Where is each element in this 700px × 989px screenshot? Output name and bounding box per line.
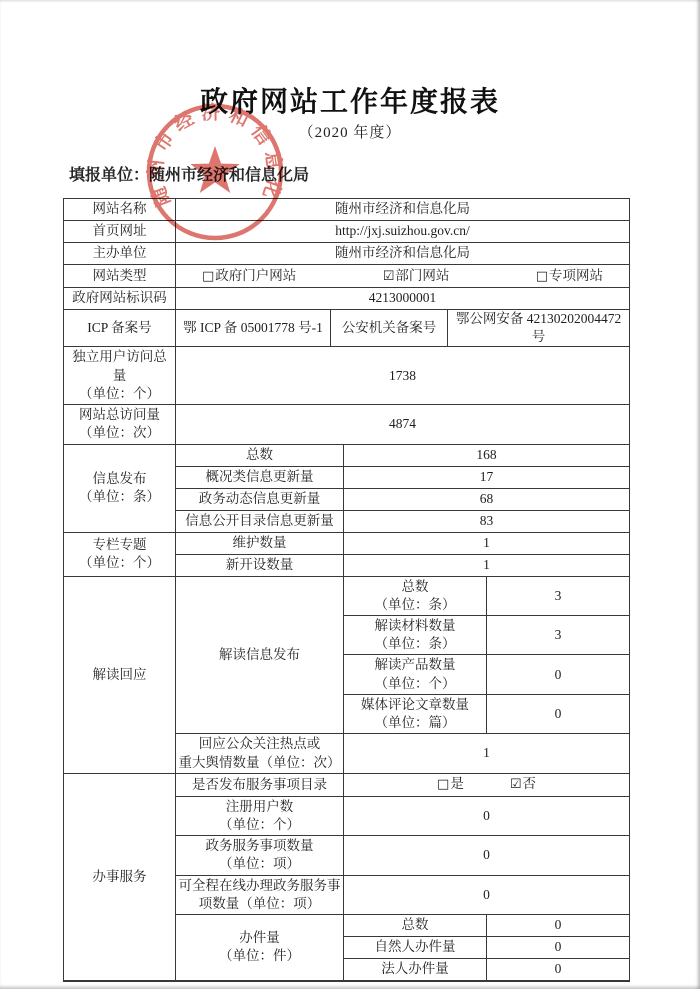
cases-item-value: 0 — [487, 959, 630, 981]
report-unit-line: 填报单位：随州市经济和信息化局 — [69, 162, 309, 185]
columns-item-label: 新开设数量 — [176, 554, 344, 576]
page-subtitle: （2020 年度） — [0, 121, 700, 142]
site-type-label: 网站类型 — [64, 265, 176, 288]
info-pub-item-label: 总数 — [176, 444, 344, 466]
option-label: 政府门户网站 — [215, 268, 296, 283]
option-label: 否 — [522, 776, 536, 791]
service-item-label: 注册用户数 （单位：个） — [176, 796, 344, 835]
service-catalog-options: □是 ☑否 — [344, 773, 630, 796]
report-unit-value: 随州市经济和信息化局 — [149, 167, 309, 184]
info-pub-item-label: 信息公开目录信息更新量 — [176, 510, 344, 532]
response-value: 1 — [344, 734, 630, 773]
service-item-value: 0 — [344, 836, 630, 875]
site-type-option-special: □专项网站 — [536, 267, 603, 286]
site-type-option-portal: □政府门户网站 — [202, 267, 296, 286]
columns-special-header: 专栏专题 （单位：个） — [64, 532, 176, 576]
interpret-item-label: 解读产品数量 （单位：个） — [344, 655, 487, 694]
police-record-label: 公安机关备案号 — [331, 310, 448, 346]
table-row: ICP 备案号 鄂 ICP 备 05001778 号-1 公安机关备案号 鄂公网… — [64, 310, 630, 347]
option-label: 是 — [450, 776, 464, 791]
checkbox-icon: □ — [536, 269, 548, 284]
checkbox-checked-icon: ☑ — [510, 777, 522, 792]
service-item-label: 可全程在线办理政务服务事 项数量（单位：项） — [176, 875, 344, 914]
table-row: 网站总访问量 （单位：次） 4874 — [64, 405, 630, 444]
interpret-item-value: 3 — [487, 576, 630, 615]
interpret-item-value: 3 — [487, 615, 630, 654]
interpret-item-label: 总数 （单位：条） — [344, 576, 487, 615]
unique-visits-value: 1738 — [176, 347, 630, 405]
icp-cells: 鄂 ICP 备 05001778 号-1 公安机关备案号 鄂公网安备 42130… — [176, 310, 630, 347]
report-unit-label: 填报单位： — [69, 167, 149, 184]
sponsor-label: 主办单位 — [64, 243, 176, 265]
info-pub-header: 信息发布 （单位：条） — [64, 444, 176, 532]
cases-item-label: 总数 — [344, 915, 487, 937]
table-row: 网站名称 随州市经济和信息化局 — [64, 199, 630, 221]
catalog-option-no: ☑否 — [510, 775, 536, 794]
table-row: 独立用户访问总量 （单位：个） 1738 — [64, 347, 630, 405]
cases-header: 办件量 （单位：件） — [176, 915, 344, 981]
columns-item-value: 1 — [344, 554, 630, 576]
info-pub-item-value: 68 — [344, 488, 630, 510]
icp-value: 鄂 ICP 备 05001778 号-1 — [176, 310, 331, 346]
info-pub-item-value: 168 — [344, 444, 630, 466]
option-label: 专项网站 — [549, 268, 603, 283]
option-label: 部门网站 — [395, 268, 449, 283]
checkbox-icon: □ — [437, 777, 449, 792]
info-pub-item-label: 概况类信息更新量 — [176, 466, 344, 488]
total-visits-label: 网站总访问量 （单位：次） — [64, 405, 176, 444]
home-url-value: http://jxj.suizhou.gov.cn/ — [176, 221, 630, 243]
scanned-page: 随州市经济和信息化局 政府网站工作年度报表 （2020 年度） 填报单位：随州市… — [0, 0, 700, 989]
service-header: 办事服务 — [64, 773, 176, 980]
page-title: 政府网站工作年度报表 — [0, 80, 700, 120]
service-item-value: 0 — [344, 875, 630, 914]
table-row: 专栏专题 （单位：个） 维护数量 1 — [64, 532, 630, 554]
icp-label: ICP 备案号 — [64, 310, 176, 347]
site-type-options: □政府门户网站 ☑部门网站 □专项网站 — [176, 265, 630, 288]
table-row: 政府网站标识码 4213000001 — [64, 288, 630, 310]
interpret-item-label: 解读材料数量 （单位：条） — [344, 615, 487, 654]
checkbox-icon: □ — [202, 269, 214, 284]
sponsor-value: 随州市经济和信息化局 — [176, 243, 630, 265]
service-catalog-label: 是否发布服务事项目录 — [176, 773, 344, 796]
interpret-item-value: 0 — [487, 655, 630, 694]
cases-item-value: 0 — [487, 937, 630, 959]
columns-item-label: 维护数量 — [176, 532, 344, 554]
table-row: 网站类型 □政府门户网站 ☑部门网站 □专项网站 — [64, 265, 630, 288]
cases-item-value: 0 — [487, 915, 630, 937]
home-url-label: 首页网址 — [64, 221, 176, 243]
police-record-value: 鄂公网安备 42130202004472 号 — [448, 310, 629, 346]
interpret-item-value: 0 — [487, 694, 630, 733]
table-row: 主办单位 随州市经济和信息化局 — [64, 243, 630, 265]
report-table: 网站名称 随州市经济和信息化局 首页网址 http://jxj.suizhou.… — [63, 198, 630, 982]
cases-item-label: 自然人办件量 — [344, 937, 487, 959]
site-name-value: 随州市经济和信息化局 — [176, 199, 630, 221]
columns-item-value: 1 — [344, 532, 630, 554]
checkbox-checked-icon: ☑ — [383, 269, 395, 284]
service-item-label: 政务服务事项数量 （单位：项） — [176, 836, 344, 875]
table-row: 解读回应 解读信息发布 总数 （单位：条） 3 — [64, 576, 630, 615]
unique-visits-label: 独立用户访问总量 （单位：个） — [64, 347, 176, 405]
cases-item-label: 法人办件量 — [344, 959, 487, 981]
table-row: 首页网址 http://jxj.suizhou.gov.cn/ — [64, 221, 630, 243]
table-row: 信息发布 （单位：条） 总数 168 — [64, 444, 630, 466]
interpret-item-label: 媒体评论文章数量 （单位：篇） — [344, 694, 487, 733]
site-code-label: 政府网站标识码 — [64, 288, 176, 310]
total-visits-value: 4874 — [176, 405, 630, 444]
table-row: 办事服务 是否发布服务事项目录 □是 ☑否 — [64, 773, 630, 796]
info-pub-item-value: 17 — [344, 466, 630, 488]
site-code-value: 4213000001 — [176, 288, 630, 310]
site-name-label: 网站名称 — [64, 199, 176, 221]
site-type-option-department: ☑部门网站 — [383, 267, 450, 286]
info-pub-item-value: 83 — [344, 510, 630, 532]
service-item-value: 0 — [344, 796, 630, 835]
response-label: 回应公众关注热点或 重大舆情数量（单位：次） — [176, 734, 344, 773]
catalog-option-yes: □是 — [437, 775, 464, 794]
info-pub-item-label: 政务动态信息更新量 — [176, 488, 344, 510]
interpret-sub-header: 解读信息发布 — [176, 576, 344, 734]
interpret-header: 解读回应 — [64, 576, 176, 773]
